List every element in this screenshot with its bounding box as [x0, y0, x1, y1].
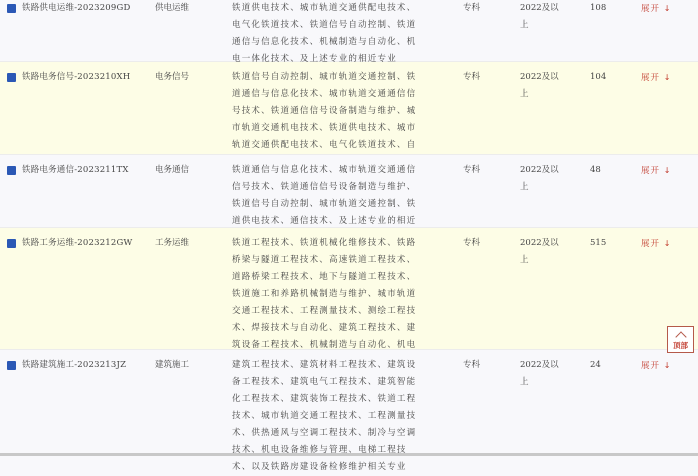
count-cell: 48 — [564, 162, 619, 179]
expand-button[interactable]: 展开 ↓ — [619, 235, 691, 253]
position-name: 铁路建筑施工-2023213JZ — [22, 357, 126, 374]
count-cell: 24 — [564, 357, 619, 374]
level-cell: 专科 — [424, 0, 490, 17]
level-cell: 专科 — [424, 162, 490, 179]
year-cell: 2022及以上 — [490, 0, 564, 34]
count-cell: 515 — [564, 235, 619, 252]
table-row: 铁路电务通信-2023211TX 电务通信 铁道通信与信息化技术、城市轨道交通通… — [0, 155, 698, 228]
year-cell: 2022及以上 — [490, 235, 564, 269]
expand-label: 展开 — [641, 239, 660, 249]
expand-label: 展开 — [641, 166, 660, 176]
count-cell: 108 — [564, 0, 619, 17]
year-cell: 2022及以上 — [490, 162, 564, 196]
expand-label: 展开 — [641, 361, 660, 371]
checkbox[interactable] — [7, 4, 16, 13]
arrow-down-icon: ↓ — [664, 166, 672, 175]
position-name-cell: 铁路电务信号-2023210XH — [0, 69, 155, 86]
checkbox[interactable] — [7, 73, 16, 82]
level-cell: 专科 — [424, 357, 490, 374]
majors-cell: 铁道供电技术、城市轨道交通供配电技术、电气化铁道技术、铁道信号自动控制、铁道通信… — [232, 0, 424, 68]
expand-button[interactable]: 展开 ↓ — [619, 69, 691, 87]
position-name-cell: 铁路电务通信-2023211TX — [0, 162, 155, 179]
year-cell: 2022及以上 — [490, 357, 564, 391]
table-row: 铁路电务信号-2023210XH 电务信号 铁道信号自动控制、城市轨道交通控制、… — [0, 62, 698, 155]
direction-cell: 供电运维 — [155, 0, 232, 17]
positions-table: 铁路供电运维-2023209GD 供电运维 铁道供电技术、城市轨道交通供配电技术… — [0, 0, 698, 456]
arrow-down-icon: ↓ — [664, 239, 672, 248]
position-name: 铁路电务通信-2023211TX — [22, 162, 129, 179]
level-cell: 专科 — [424, 235, 490, 252]
direction-cell: 电务信号 — [155, 69, 232, 86]
direction-cell: 建筑施工 — [155, 357, 232, 374]
direction-cell: 电务通信 — [155, 162, 232, 179]
direction-cell: 工务运维 — [155, 235, 232, 252]
position-name-cell: 铁路建筑施工-2023213JZ — [0, 357, 155, 374]
table-row: 铁路建筑施工-2023213JZ 建筑施工 建筑工程技术、建筑材料工程技术、建筑… — [0, 350, 698, 456]
arrow-down-icon: ↓ — [664, 4, 672, 13]
count-cell: 104 — [564, 69, 619, 86]
expand-label: 展开 — [641, 4, 660, 14]
checkbox[interactable] — [7, 239, 16, 248]
table-row: 铁路工务运维-2023212GW 工务运维 铁道工程技术、铁道机械化维修技术、铁… — [0, 228, 698, 350]
position-name: 铁路工务运维-2023212GW — [22, 235, 132, 252]
expand-label: 展开 — [641, 73, 660, 83]
expand-button[interactable]: 展开 ↓ — [619, 162, 691, 180]
position-name-cell: 铁路供电运维-2023209GD — [0, 0, 155, 17]
majors-cell: 建筑工程技术、建筑材料工程技术、建筑设备工程技术、建筑电气工程技术、建筑智能化工… — [232, 357, 424, 456]
expand-button[interactable]: 展开 ↓ — [619, 357, 691, 375]
checkbox[interactable] — [7, 361, 16, 370]
position-name-cell: 铁路工务运维-2023212GW — [0, 235, 155, 252]
level-cell: 专科 — [424, 69, 490, 86]
arrow-down-icon: ↓ — [664, 361, 672, 370]
back-to-top-button[interactable]: 顶部 — [667, 326, 694, 353]
expand-button[interactable]: 展开 ↓ — [619, 0, 691, 18]
checkbox[interactable] — [7, 166, 16, 175]
position-name: 铁路供电运维-2023209GD — [22, 0, 131, 17]
table-row: 铁路供电运维-2023209GD 供电运维 铁道供电技术、城市轨道交通供配电技术… — [0, 0, 698, 62]
position-name: 铁路电务信号-2023210XH — [22, 69, 130, 86]
arrow-down-icon: ↓ — [664, 73, 672, 82]
year-cell: 2022及以上 — [490, 69, 564, 103]
